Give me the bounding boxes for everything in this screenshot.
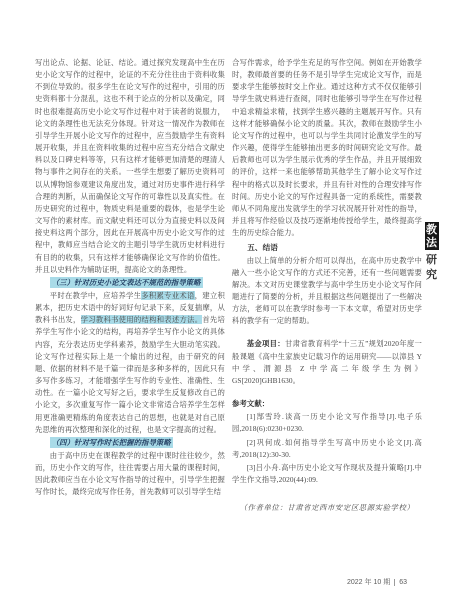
body-paragraph-continuation: 合写作需求，给予学生充足的写作空间。例如在开始教学时，教师最首要的任务不是引导学… xyxy=(232,57,422,239)
fund-project-label: 基金项目： xyxy=(247,339,285,348)
side-tab-char: 究 xyxy=(426,269,437,281)
subsection-heading-3: （三）针对历史小论文表达不规范的指导策略 xyxy=(35,277,225,289)
page-number: 63 xyxy=(399,579,407,586)
reference-item: [3]吕小舟.高中历史小论文写作现状及提升策略[J].中学生作文指导,2020(… xyxy=(232,462,422,486)
side-tab-char: 教 xyxy=(426,224,437,237)
side-tab-char: 研 xyxy=(426,254,437,266)
right-column: 合写作需求，给予学生充足的写作空间。例如在开始教学时，教师最首要的任务不是引导学… xyxy=(232,57,422,514)
article-body: 写出论点、论据、论证、结论。通过探究发现高中生在历史小论文写作的过程中，论证的不… xyxy=(35,57,422,514)
subsection-heading-4: （四）针对写作时长把握的指导策略 xyxy=(35,437,225,449)
side-tab-char: 法 xyxy=(426,237,437,250)
reference-item: [1]郜雪玲.谈高一历史小论文写作指导[J].电子乐园,2018(6):0230… xyxy=(232,411,422,435)
subsection-heading-4-text: （四）针对写作时长把握的指导策略 xyxy=(50,437,173,448)
body-paragraph-strategy-4: 由于高中历史在课程教学的过程中课时往往较少，然而，历史小作文的写作，往往需要占用… xyxy=(35,450,225,499)
author-affiliation: （作者单位：甘肃省定西市安定区思源实验学校） xyxy=(232,502,422,514)
journal-page: 写出论点、论据、论证、结论。通过探究发现高中生在历史小论文写作的过程中，论证的不… xyxy=(0,0,449,600)
page-footer: 2022 年 10 期 63 xyxy=(347,577,407,587)
conclusion-paragraph: 由以上简单的分析介绍可以得出，在高中历史教学中融入一些小论文写作的方式还不完善，… xyxy=(232,255,422,328)
highlighted-phrase: 学习教科书使用的结构和表述方法。 xyxy=(81,315,203,324)
body-paragraph-strategy-3: 平时在教学中，应培养学生多积累专业术语，建立积累本，把历史术语中的好词好句记录下… xyxy=(35,290,225,436)
section-side-tab: 教 法 研 究 xyxy=(424,222,439,281)
fund-project-paragraph: 基金项目：甘肃省教育科学“十三五”规划2020年度一般课题《高中生家族史记载习作… xyxy=(232,338,422,387)
section-heading-conclusion: 五、结语 xyxy=(232,242,422,254)
highlighted-phrase: 多积累专业术语 xyxy=(141,291,194,300)
paragraph-segment: 平时在教学中，应培养学生 xyxy=(50,291,142,300)
references-heading: 参考文献： xyxy=(232,398,422,410)
footer-separator xyxy=(394,579,395,586)
paragraph-segment: 首先培养学生写作小论文的结构，再培养学生写作小论文的具体内容，充分表达历史学科素… xyxy=(35,315,225,433)
reference-item: [2]巩何成.如何指导学生写高中历史小论文[J].高考,2018(12):30-… xyxy=(232,437,422,461)
issue-info: 2022 年 10 期 xyxy=(347,577,390,587)
side-tab-boxed-chars: 教 法 xyxy=(425,222,439,250)
left-column: 写出论点、论据、论证、结论。通过探究发现高中生在历史小论文写作的过程中，论证的不… xyxy=(35,57,225,514)
body-paragraph-continuation: 写出论点、论据、论证、结论。通过探究发现高中生在历史小论文写作的过程中，论证的不… xyxy=(35,57,225,276)
subsection-heading-3-text: （三）针对历史小论文表达不规范的指导策略 xyxy=(50,277,203,288)
